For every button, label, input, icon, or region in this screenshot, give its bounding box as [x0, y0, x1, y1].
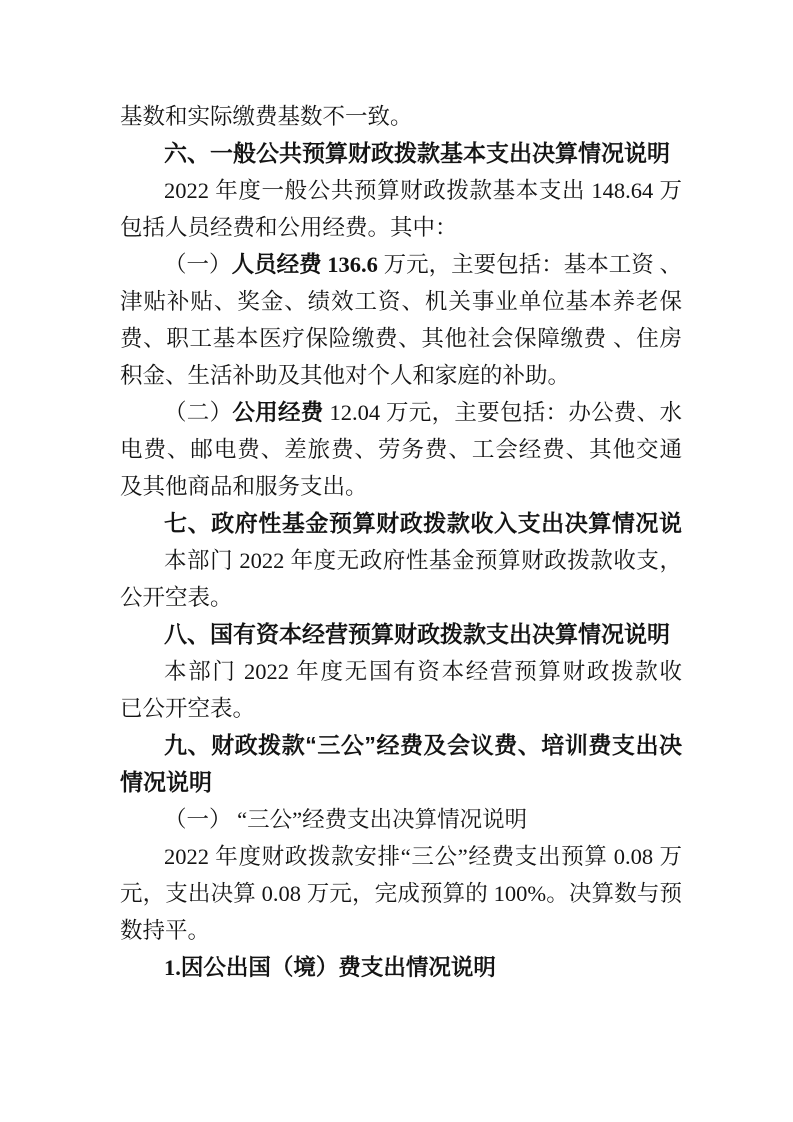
line-sangong-budget-1: 2022 年度财政拨款安排“三公”经费支出预算 0.08 万	[120, 838, 682, 875]
line-abroad-subheading: 1.因公出国（境）费支出情况说明	[120, 949, 682, 986]
line-sangong-budget-3: 数持平。	[120, 912, 682, 949]
text-segment: 电费、邮电费、差旅费、劳务费、工会经费、其他交通费用	[120, 437, 682, 468]
text-segment: 元，支出决算 0.08 万元，完成预算的 100%。决算数与预算	[120, 881, 682, 912]
heading-section-nine-line-1: 九、财政拨款“三公”经费及会议费、培训费支出决算	[120, 727, 682, 764]
line-statecapital-statement-2: 已公开空表。	[120, 690, 682, 727]
line-public-items-3: 及其他商品和服务支出。	[120, 468, 682, 505]
line-sangong-budget-2: 元，支出决算 0.08 万元，完成预算的 100%。决算数与预算	[120, 875, 682, 912]
text-segment: 本部门 2022 年度无政府性基金预算财政拨款收支，已	[164, 548, 682, 579]
text-segment: 万元，主要包括：基本工资 、	[378, 252, 682, 277]
text-segment: （一）	[164, 252, 232, 277]
line-personnel-items-4: 积金、生活补助及其他对个人和家庭的补助。	[120, 357, 682, 394]
text-segment: 基数和实际缴费基数不一致。	[120, 104, 413, 129]
line-pension-base-continuation: 基数和实际缴费基数不一致。	[120, 98, 682, 135]
text-segment: 九、财政拨款“三公”经费及会议费、培训费支出决算	[164, 732, 682, 764]
text-segment: 1.因公出国（境）费支出情况说明	[164, 955, 496, 980]
text-segment: （二）	[164, 400, 232, 425]
text-segment: 费、职工基本医疗保险缴费、其他社会保障缴费 、住房公	[120, 326, 682, 357]
line-statecapital-statement-1: 本部门 2022 年度无国有资本经营预算财政拨款收支，	[120, 653, 682, 690]
line-basic-expenditure-components: 包括人员经费和公用经费。其中：	[120, 209, 682, 246]
heading-section-nine-line-2: 情况说明	[120, 764, 682, 801]
line-public-funds-intro: （二）公用经费 12.04 万元，主要包括：办公费、水费、	[120, 394, 682, 431]
text-segment: 数持平。	[120, 918, 210, 943]
text-segment: 及其他商品和服务支出。	[120, 474, 368, 499]
document-page: 基数和实际缴费基数不一致。 六、一般公共预算财政拨款基本支出决算情况说明 202…	[0, 0, 793, 1122]
text-segment: 包括人员经费和公用经费。其中：	[120, 215, 458, 240]
heading-section-seven: 七、政府性基金预算财政拨款收入支出决算情况说明	[120, 505, 682, 542]
text-segment: 津贴补贴、奖金、绩效工资、机关事业单位基本养老保险缴	[120, 289, 682, 320]
line-personnel-funds-intro: （一）人员经费 136.6 万元，主要包括：基本工资 、	[120, 246, 682, 283]
text-segment: 六、一般公共预算财政拨款基本支出决算情况说明	[164, 140, 670, 166]
line-basic-expenditure-total: 2022 年度一般公共预算财政拨款基本支出 148.64 万元，	[120, 172, 682, 209]
line-govfund-statement-1: 本部门 2022 年度无政府性基金预算财政拨款收支，已	[120, 542, 682, 579]
text-segment: 2022 年度一般公共预算财政拨款基本支出 148.64 万元，	[164, 178, 682, 209]
text-segment: 人员经费 136.6	[232, 252, 378, 277]
text-segment: 本部门 2022 年度无国有资本经营预算财政拨款收支，	[164, 659, 682, 690]
text-segment: 2022 年度财政拨款安排“三公”经费支出预算 0.08 万	[164, 844, 682, 869]
text-segment: （一） “三公”经费支出决算情况说明	[164, 807, 527, 832]
line-sangong-subheading: （一） “三公”经费支出决算情况说明	[120, 801, 682, 838]
line-personnel-items-3: 费、职工基本医疗保险缴费、其他社会保障缴费 、住房公	[120, 320, 682, 357]
document-content: 基数和实际缴费基数不一致。 六、一般公共预算财政拨款基本支出决算情况说明 202…	[0, 0, 793, 986]
text-segment: 公开空表。	[120, 585, 233, 610]
heading-section-six: 六、一般公共预算财政拨款基本支出决算情况说明	[120, 135, 682, 172]
text-segment: 情况说明	[120, 769, 212, 795]
heading-section-eight: 八、国有资本经营预算财政拨款支出决算情况说明	[120, 616, 682, 653]
line-govfund-statement-2: 公开空表。	[120, 579, 682, 616]
text-segment: 积金、生活补助及其他对个人和家庭的补助。	[120, 363, 570, 388]
text-segment: 已公开空表。	[120, 696, 255, 721]
text-segment: 公用经费	[232, 400, 323, 425]
text-segment: 七、政府性基金预算财政拨款收入支出决算情况说明	[164, 510, 682, 542]
line-public-items-2: 电费、邮电费、差旅费、劳务费、工会经费、其他交通费用	[120, 431, 682, 468]
line-personnel-items-2: 津贴补贴、奖金、绩效工资、机关事业单位基本养老保险缴	[120, 283, 682, 320]
text-segment: 八、国有资本经营预算财政拨款支出决算情况说明	[164, 621, 670, 647]
